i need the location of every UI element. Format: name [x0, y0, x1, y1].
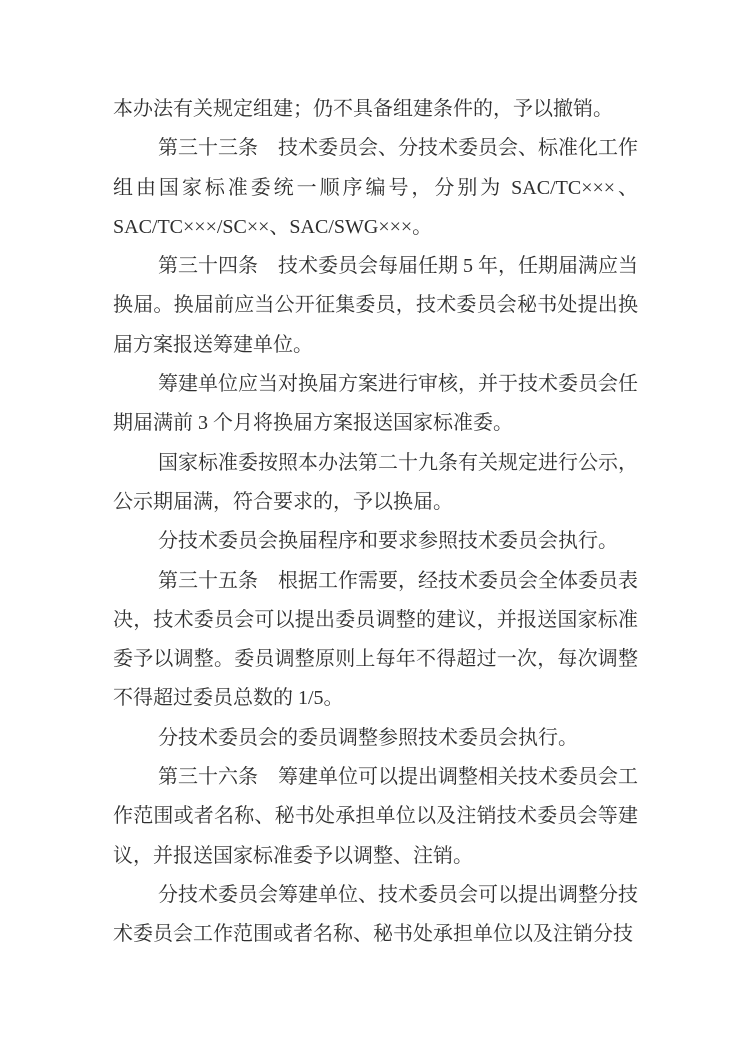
paragraph-article-34: 第三十四条 技术委员会每届任期 5 年，任期届满应当换届。换届前应当公开征集委员… [113, 247, 638, 365]
paragraph: 国家标准委按照本办法第二十九条有关规定进行公示，公示期届满，符合要求的，予以换届… [113, 444, 638, 523]
paragraph: 分技术委员会筹建单位、技术委员会可以提出调整分技术委员会工作范围或者名称、秘书处… [113, 876, 638, 955]
document-body: 本办法有关规定组建；仍不具备组建条件的，予以撤销。 第三十三条 技术委员会、分技… [113, 90, 638, 955]
paragraph-continuation: 本办法有关规定组建；仍不具备组建条件的，予以撤销。 [113, 90, 638, 129]
paragraph-article-33: 第三十三条 技术委员会、分技术委员会、标准化工作组由国家标准委统一顺序编号，分别… [113, 129, 638, 247]
paragraph-article-35: 第三十五条 根据工作需要，经技术委员会全体委员表决，技术委员会可以提出委员调整的… [113, 562, 638, 719]
document-page: 本办法有关规定组建；仍不具备组建条件的，予以撤销。 第三十三条 技术委员会、分技… [0, 0, 750, 1060]
paragraph: 分技术委员会的委员调整参照技术委员会执行。 [113, 719, 638, 758]
paragraph-article-36: 第三十六条 筹建单位可以提出调整相关技术委员会工作范围或者名称、秘书处承担单位以… [113, 758, 638, 876]
paragraph: 分技术委员会换届程序和要求参照技术委员会执行。 [113, 522, 638, 561]
paragraph: 筹建单位应当对换届方案进行审核，并于技术委员会任期届满前 3 个月将换届方案报送… [113, 365, 638, 444]
